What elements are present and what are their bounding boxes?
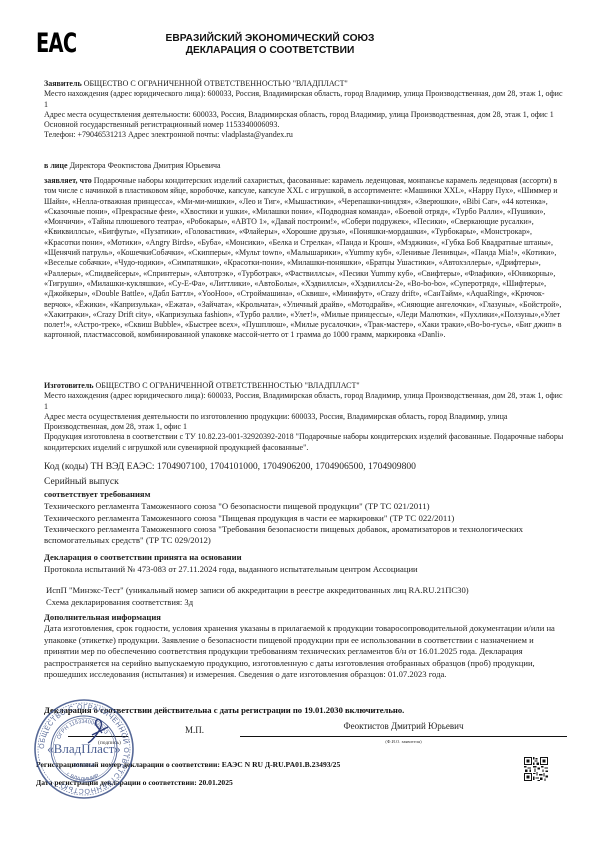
signatory-name: Феоктистов Дмитрий Юрьевич — [240, 721, 567, 731]
svg-text:3329084: 3329084 — [73, 763, 94, 769]
manufacturer-label: Изготовитель — [44, 381, 94, 390]
regulation-2: Технического регламента Таможенного союз… — [44, 512, 564, 524]
applicant-ogrn: Основной государственный регистрационный… — [44, 120, 564, 130]
applicant-legal-address: Место нахождения (адрес юридического лиц… — [44, 89, 564, 110]
declaration-scheme: Схема декларирования соответствия: 3д — [46, 596, 566, 608]
manufacturer-production-address: Адрес места осуществления деятельности п… — [44, 412, 564, 433]
additional-info-section: Дополнительная информация Дата изготовле… — [44, 611, 564, 681]
additional-info-label: Дополнительная информация — [44, 611, 564, 623]
manufacturer-spec: Продукция изготовлена в соответствии с Т… — [44, 432, 564, 453]
manufacturer-legal-address: Место нахождения (адрес юридического лиц… — [44, 391, 564, 412]
conformity-section: соответствует требованиям Технического р… — [44, 489, 564, 546]
testing-lab: ИспП "Минэкс-Тест" (уникальный номер зап… — [46, 584, 566, 596]
additional-info-text: Дата изготовления, срок годности, услови… — [44, 623, 564, 681]
applicant-label: Заявитель — [44, 79, 82, 88]
eac-logo: ЕАС — [36, 30, 76, 57]
represented-by-label: в лице — [44, 161, 68, 170]
test-protocol: Протокола испытаний № 473-083 от 27.11.2… — [44, 563, 564, 575]
applicant-name: ОБЩЕСТВО С ОГРАНИЧЕННОЙ ОТВЕТСТВЕННОСТЬЮ… — [84, 79, 348, 88]
represented-by: в лице Директора Феоктистова Дмитрия Юрь… — [44, 161, 564, 171]
applicant-contacts: Телефон: +79046531213 Адрес электронной … — [44, 130, 564, 140]
manufacturer-section: Изготовитель ОБЩЕСТВО С ОГРАНИЧЕННОЙ ОТВ… — [44, 381, 564, 453]
regulation-3: Технического регламента Таможенного союз… — [44, 524, 564, 546]
basis-label: Декларация о соответствии принята на осн… — [44, 551, 564, 563]
applicant-activity-address: Адрес места осуществления деятельности: … — [44, 110, 564, 120]
regulation-1: Технического регламента Таможенного союз… — [44, 500, 564, 512]
release-type: Серийный выпуск — [44, 475, 564, 488]
declaration-statement: заявляет, что Подарочные наборы кондитер… — [44, 176, 564, 341]
svg-text:«ВладПласт»: «ВладПласт» — [47, 741, 121, 756]
seal-place-label: М.П. — [185, 725, 204, 735]
lab-section: ИспП "Минэкс-Тест" (уникальный номер зап… — [46, 584, 566, 608]
header-title: ДЕКЛАРАЦИЯ О СООТВЕТСТВИИ — [130, 45, 410, 57]
basis-section: Декларация о соответствии принята на осн… — [44, 551, 564, 575]
qr-code-icon[interactable] — [524, 757, 548, 781]
signatory-line — [240, 736, 567, 737]
product-description: Подарочные наборы кондитерских изделий с… — [44, 176, 562, 339]
declares-label: заявляет, что — [44, 176, 92, 185]
document-header: ЕВРАЗИЙСКИЙ ЭКОНОМИЧЕСКИЙ СОЮЗ ДЕКЛАРАЦИ… — [130, 33, 410, 57]
header-union: ЕВРАЗИЙСКИЙ ЭКОНОМИЧЕСКИЙ СОЮЗ — [130, 33, 410, 45]
tn-ved-codes: Код (коды) ТН ВЭД ЕАЭС: 1704907100, 1704… — [44, 460, 564, 473]
declaration-page: ЕАС ЕВРАЗИЙСКИЙ ЭКОНОМИЧЕСКИЙ СОЮЗ ДЕКЛА… — [0, 0, 595, 842]
signatory-caption: (Ф.И.О. заявителя) — [240, 739, 567, 744]
represented-by-value: Директора Феоктистова Дмитрия Юрьевича — [70, 161, 221, 170]
manufacturer-name: ОБЩЕСТВО С ОГРАНИЧЕННОЙ ОТВЕТСТВЕННОСТЬЮ… — [96, 381, 360, 390]
applicant-section: Заявитель ОБЩЕСТВО С ОГРАНИЧЕННОЙ ОТВЕТС… — [44, 79, 564, 141]
company-stamp-icon: ОБЩЕСТВО С ОГРАНИЧЕННОЙ ОТВЕТСТВЕННОСТЬЮ… — [32, 697, 136, 801]
conforms-label: соответствует требованиям — [44, 489, 564, 500]
svg-text:г. ВЛАДИМИР: г. ВЛАДИМИР — [65, 771, 101, 783]
